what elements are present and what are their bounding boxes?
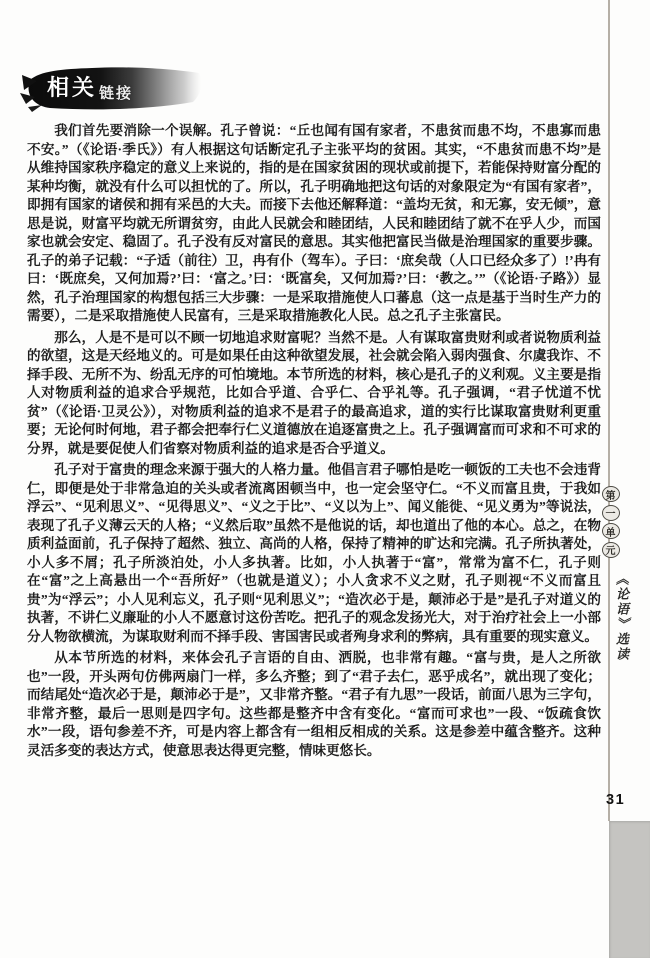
body-paragraph: 孔子对于富贵的理念来源于强大的人格力量。他倡言君子哪怕是吃一顿饭的工夫也不会违背…	[27, 461, 601, 646]
unit-badge: 第 一 单 元	[601, 486, 620, 560]
sidebar-divider-line	[608, 0, 610, 821]
unit-char-circle: 元	[602, 542, 620, 558]
book-title-vertical: 《论语》选读	[612, 572, 631, 682]
body-paragraph: 我们首先要消除一个误解。孔子曾说：“丘也闻有国有家者，不患贫而患不均，不患寡而患…	[27, 122, 601, 326]
section-banner: 相关 链接	[20, 63, 205, 115]
body-paragraph: 从本节所选的材料，来体会孔子言语的自由、洒脱，也非常有趣。“富与贵，是人之所欲也…	[27, 649, 601, 760]
section-banner-title: 相关 链接	[47, 71, 133, 103]
body-text: 我们首先要消除一个误解。孔子曾说：“丘也闻有国有家者，不患贫而患不均，不患寡而患…	[27, 122, 601, 763]
unit-char-circle: 一	[602, 505, 620, 521]
unit-char-circle: 第	[602, 486, 620, 502]
banner-title-main: 相关	[47, 71, 97, 102]
page-number: 31	[606, 792, 640, 808]
unit-char-circle: 单	[602, 523, 620, 539]
body-paragraph: 那么，人是不是可以不顾一切地追求财富呢？当然不是。人有谋取富贵财利或者说物质利益…	[27, 329, 601, 459]
corner-tab-block	[609, 821, 650, 958]
textbook-page: 相关 链接 我们首先要消除一个误解。孔子曾说：“丘也闻有国有家者，不患贫而患不均…	[0, 0, 650, 958]
banner-title-sub: 链接	[99, 82, 133, 103]
